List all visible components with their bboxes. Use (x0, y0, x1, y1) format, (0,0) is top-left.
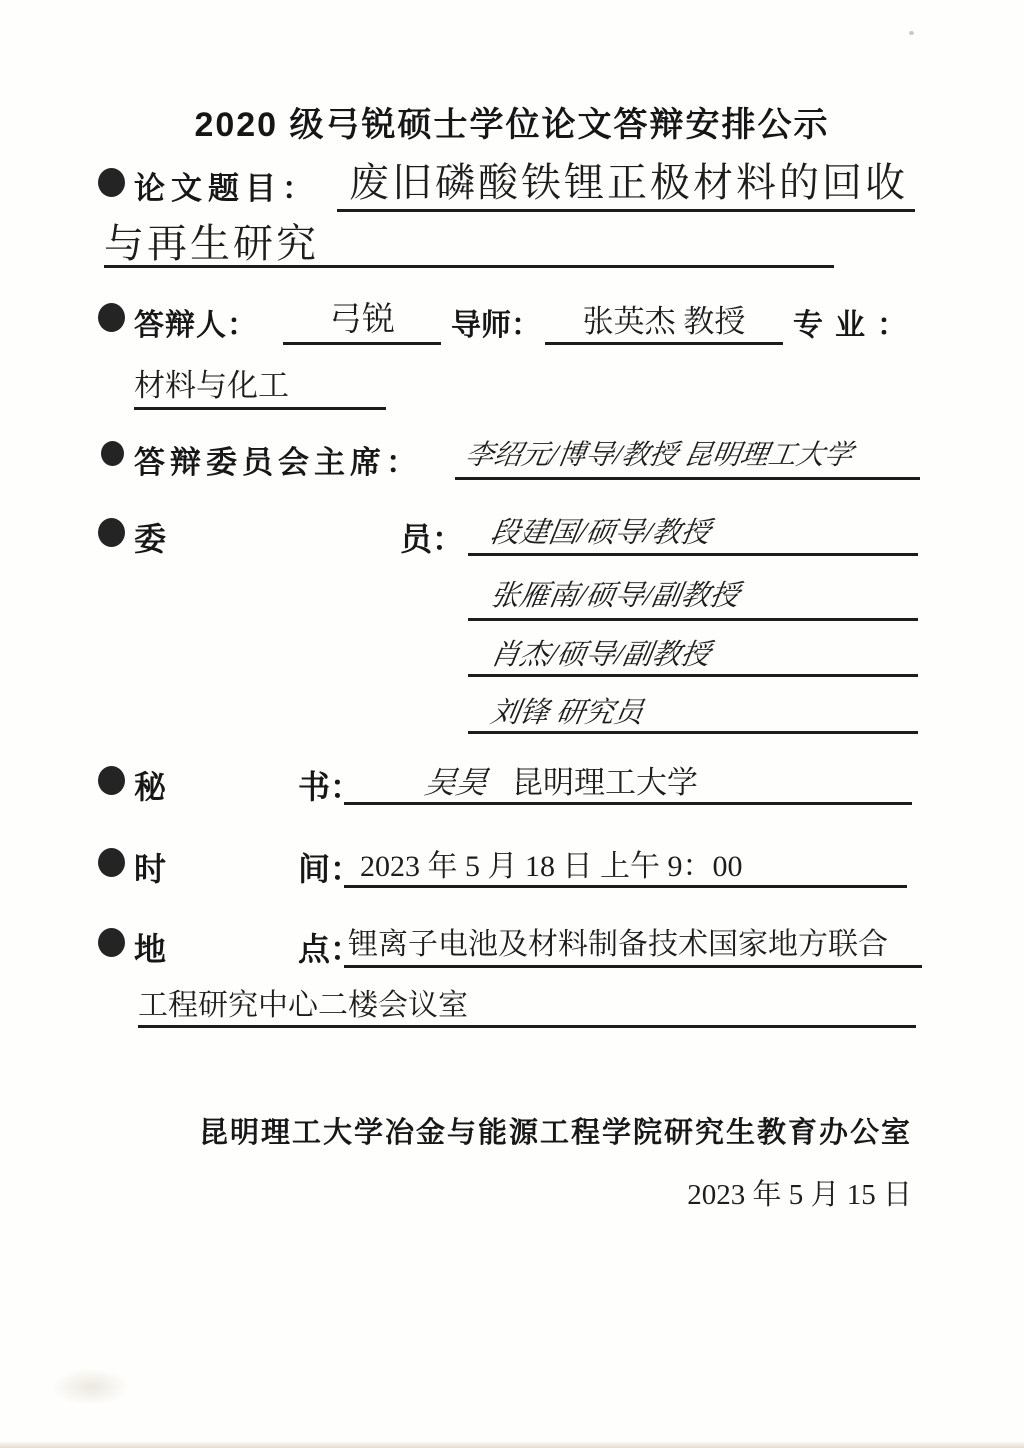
location-value-line2: 工程研究中心二楼会议室 (138, 980, 916, 1028)
bullet-icon (98, 168, 125, 197)
committee-member-text: 张雁南/硕导/副教授 (488, 573, 743, 614)
committee-member-text: 肖杰/硕导/副教授 (488, 632, 714, 673)
location-label-first: 地 (134, 924, 166, 970)
bullet-icon (98, 848, 125, 877)
footer-issuer: 昆明理工大学冶金与能源工程学院研究生教育办公室 (199, 1110, 912, 1151)
time-label-first: 时 (134, 844, 166, 890)
committee-label-first: 委 (134, 514, 166, 560)
advisor-label: 导师： (451, 300, 541, 344)
committee-member-line: 肖杰/硕导/副教授 (468, 632, 918, 677)
committee-chair-label: 答辩委员会主席： (134, 437, 422, 482)
time-value: 2023 年 5 月 18 日 上午 9：00 (344, 841, 907, 888)
scan-edge-shadow (0, 1441, 1024, 1448)
page-title: 2020 级弓锐硕士学位论文答辩安排公示 (0, 97, 1024, 146)
thesis-title-label: 论文题目： (134, 163, 319, 208)
secretary-value: 吴昊昆明理工大学 (344, 757, 912, 805)
bullet-icon (101, 441, 124, 466)
committee-member-text: 刘锋 研究员 (488, 690, 647, 731)
major-value: 材料与化工 (134, 360, 386, 410)
location-value-line1: 锂离子电池及材料制备技术国家地方联合 (344, 919, 922, 968)
secretary-name: 吴昊 (422, 757, 491, 802)
thesis-title-value-line1: 废旧磷酸铁锂正极材料的回收 (337, 151, 915, 212)
bullet-icon (98, 766, 125, 795)
secretary-org: 昆明理工大学 (512, 765, 698, 800)
bullet-icon (98, 518, 125, 547)
scanned-notice-page: 2020 级弓锐硕士学位论文答辩安排公示 论文题目： 废旧磷酸铁锂正极材料的回收… (0, 0, 1024, 1448)
committee-member-line: 张雁南/硕导/副教授 (468, 573, 918, 621)
major-label: 专业 (793, 300, 877, 344)
committee-member-text: 段建国/硕导/教授 (488, 510, 714, 551)
defender-name: 弓锐 (283, 293, 441, 345)
secretary-label-first: 秘 (134, 762, 166, 808)
bullet-icon (98, 928, 125, 957)
committee-member-line: 刘锋 研究员 (468, 690, 918, 734)
defender-label: 答辩人： (134, 300, 258, 344)
bullet-icon (98, 303, 125, 332)
major-colon: ： (877, 300, 907, 344)
advisor-value: 张英杰 教授 (545, 296, 783, 345)
committee-member-line: 段建国/硕导/教授 (468, 510, 918, 556)
scan-speck (909, 31, 914, 35)
footer-date: 2023 年 5 月 15 日 (687, 1172, 912, 1213)
committee-chair-text: 李绍元/博导/教授 昆明理工大学 (463, 433, 856, 473)
scan-smudge (52, 1368, 130, 1406)
committee-label-rest: 员： (400, 514, 464, 560)
thesis-title-value-line2: 与再生研究 (104, 212, 834, 268)
committee-chair-value: 李绍元/博导/教授 昆明理工大学 (455, 433, 920, 480)
